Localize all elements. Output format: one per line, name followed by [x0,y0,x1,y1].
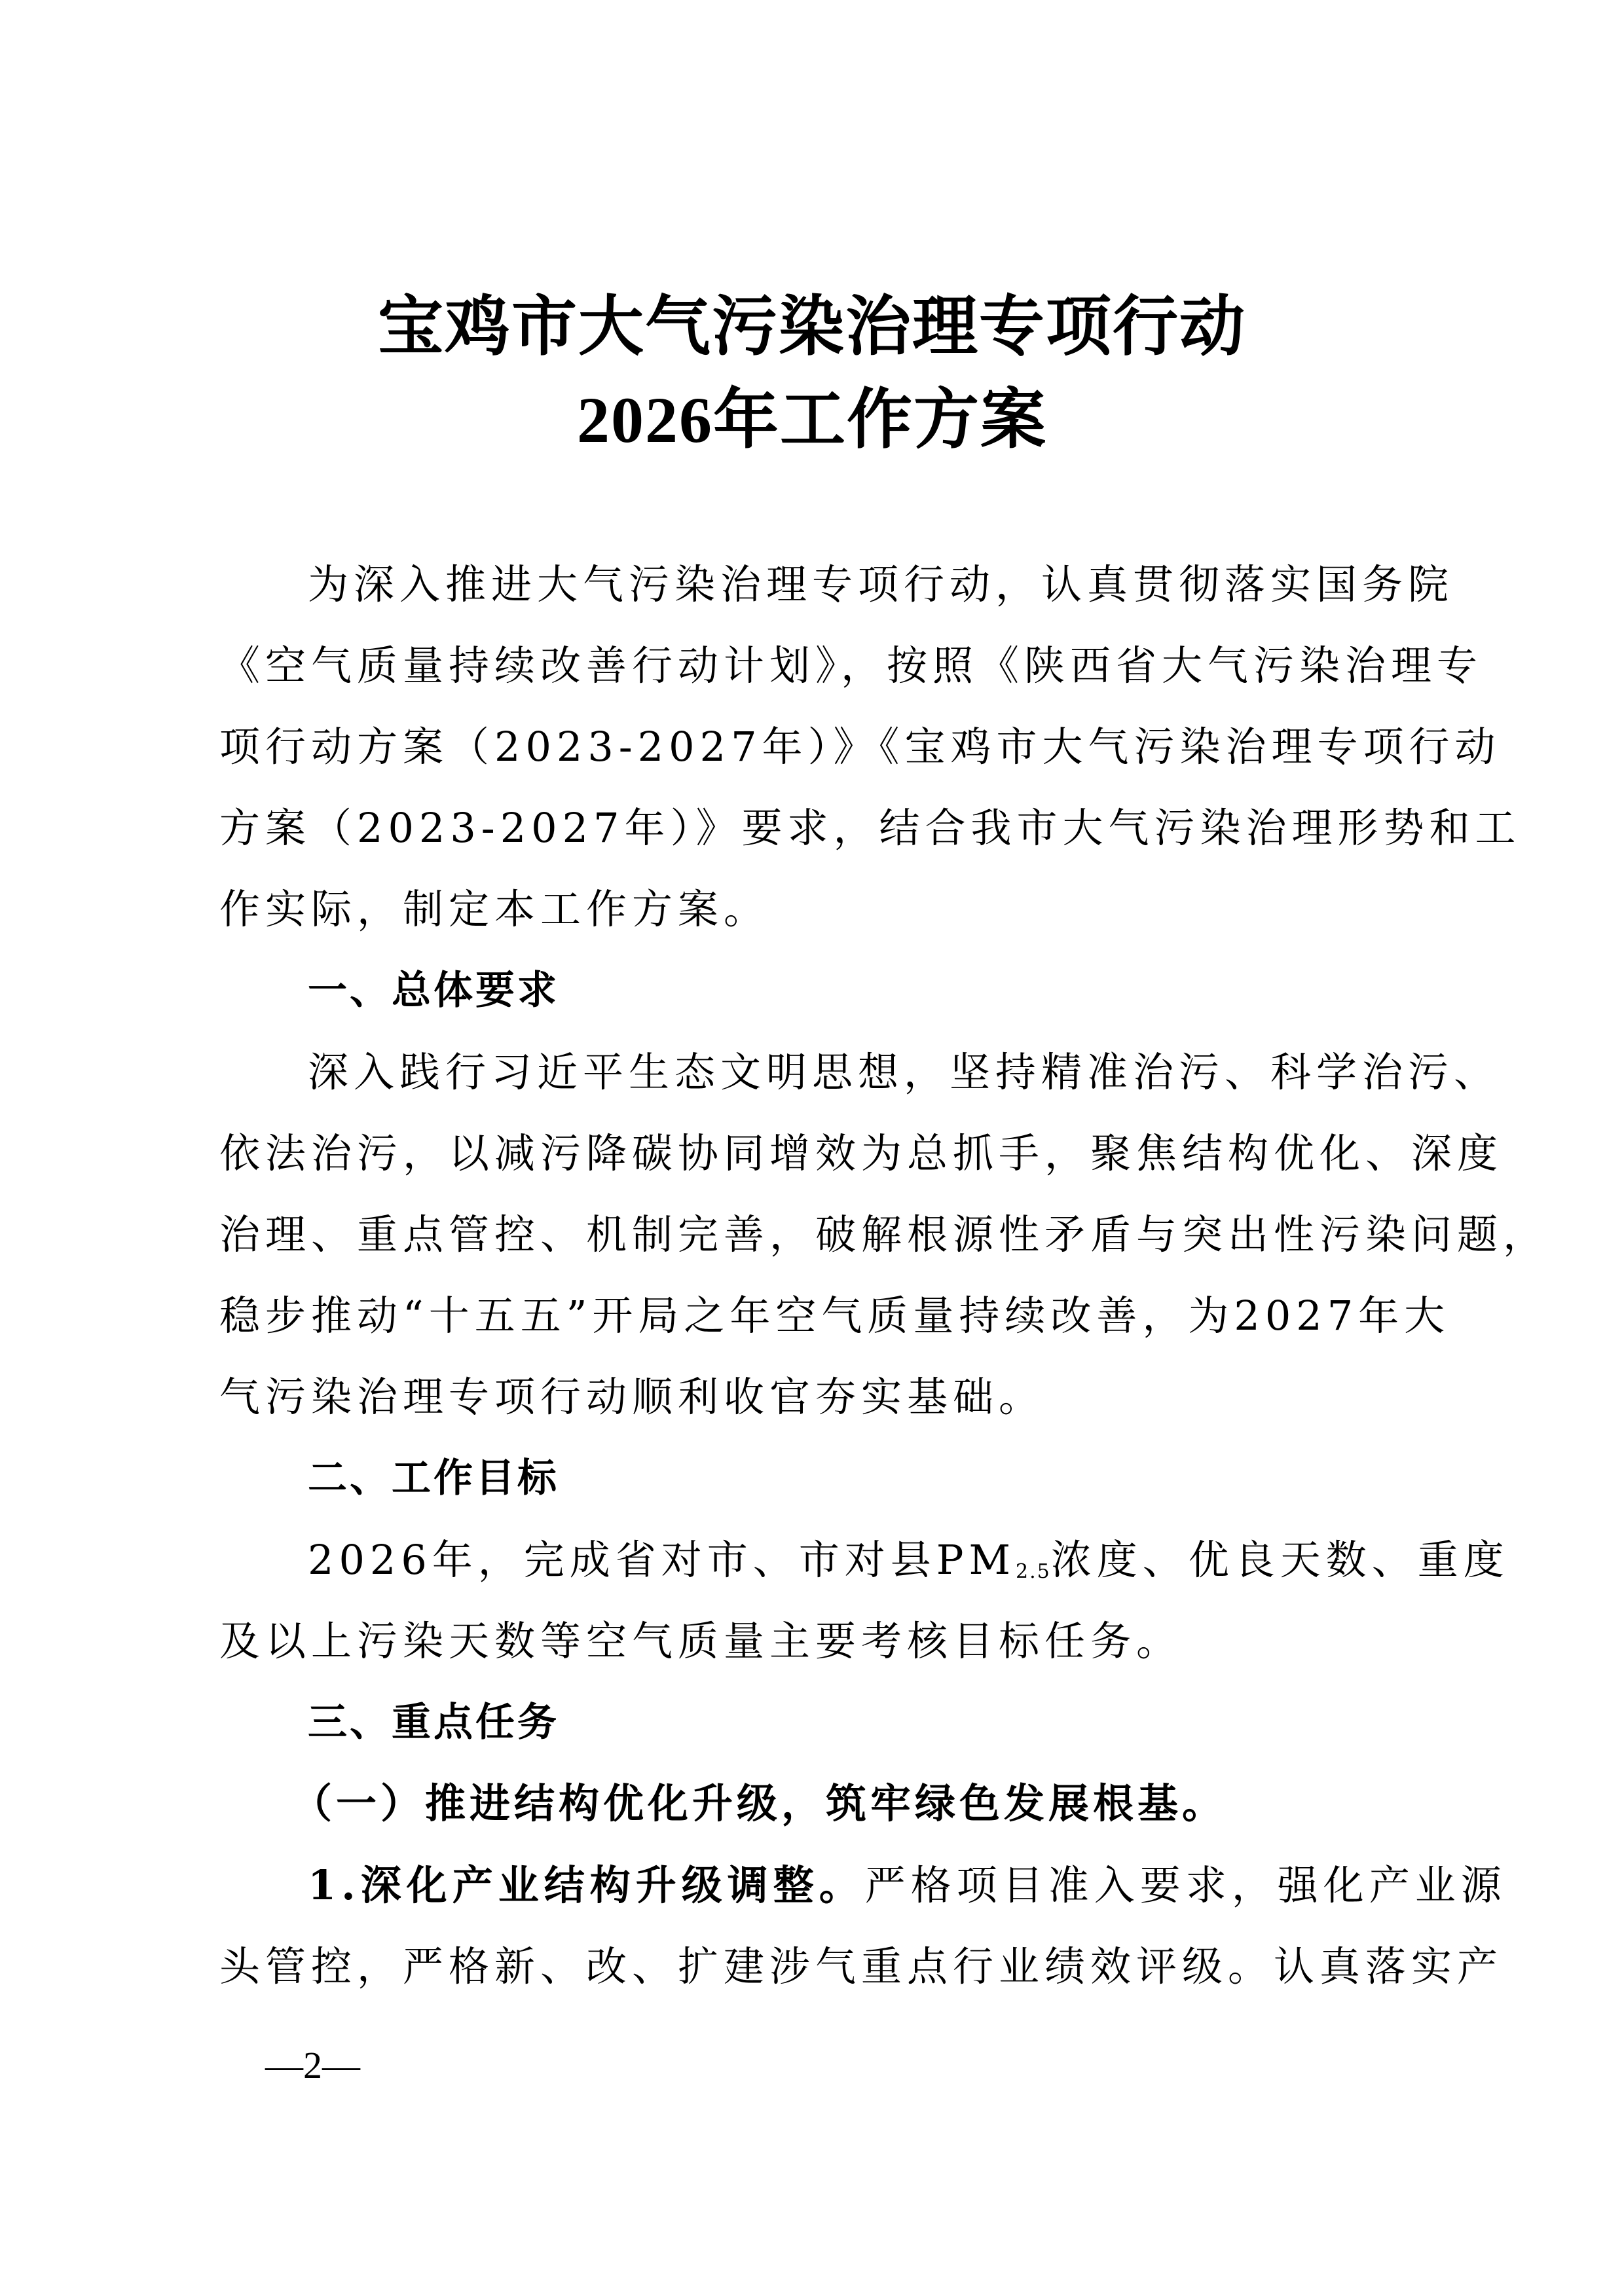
subsection-heading-structural-optimization: （一）推进结构优化升级，筑牢绿色发展根基。 [291,1781,1227,1827]
section2-line-1-text-after: 浓度、优良天数、重度 [1051,1536,1509,1584]
section2-line-2: 及以上污染天数等空气质量主要考核目标任务。 [219,1618,1405,1664]
intro-line-1: 为深入推进大气污染治理专项行动，认真贯彻落实国务院 [308,562,1405,608]
section1-line-3: 治理、重点管控、机制完善，破解根源性矛盾与突出性污染问题， [219,1212,1405,1258]
pm25-subscript: 2.5 [1016,1560,1051,1583]
document-page: 宝鸡市大气污染治理专项行动 2026年工作方案 为深入推进大气污染治理专项行动，… [0,0,1624,2296]
item1-line-2: 头管控，严格新、改、扩建涉气重点行业绩效评级。认真落实产 [219,1944,1405,1990]
section-heading-overall-requirements: 一、总体要求 [308,968,559,1013]
intro-line-5: 作实际，制定本工作方案。 [219,886,1405,932]
item1-line-1-text: 严格项目准入要求，强化产业源 [865,1861,1507,1909]
item1-title: 1.深化产业结构升级调整。 [308,1861,865,1909]
intro-line-4: 方案（2023-2027年）》要求，结合我市大气污染治理形势和工 [219,805,1405,851]
page-number: —2— [265,2043,360,2088]
intro-line-3: 项行动方案（2023-2027年）》《宝鸡市大气污染治理专项行动 [219,724,1405,770]
section2-line-1: 2026年，完成省对市、市对县PM2.5浓度、优良天数、重度 [308,1537,1405,1595]
intro-line-2: 《空气质量持续改善行动计划》，按照《陕西省大气污染治理专 [219,643,1405,689]
section1-line-2: 依法治污，以减污降碳协同增效为总抓手，聚焦结构优化、深度 [219,1131,1405,1176]
section1-line-4: 稳步推动“十五五”开局之年空气质量持续改善，为2027年大 [219,1293,1405,1339]
section-heading-key-tasks: 三、重点任务 [308,1700,559,1745]
document-title-line1: 宝鸡市大气污染治理专项行动 [0,291,1624,363]
section-heading-work-goals: 二、工作目标 [308,1455,559,1501]
document-title-line2: 2026年工作方案 [0,384,1624,456]
section1-line-1: 深入践行习近平生态文明思想，坚持精准治污、科学治污、 [308,1049,1405,1095]
item1-line-1: 1.深化产业结构升级调整。严格项目准入要求，强化产业源 [308,1863,1405,1908]
section2-line-1-text: 2026年，完成省对市、市对县PM [308,1536,1016,1584]
section1-line-5: 气污染治理专项行动顺利收官夯实基础。 [219,1374,1405,1420]
